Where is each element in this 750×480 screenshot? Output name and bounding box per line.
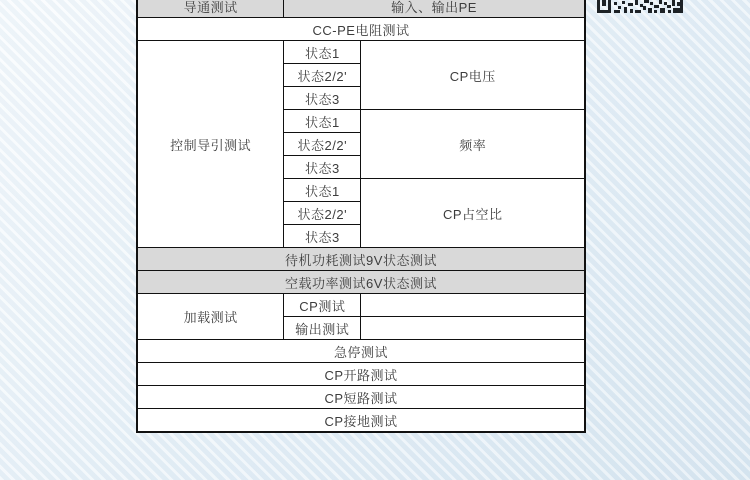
table-row: 控制导引测试 状态1 CP电压	[137, 41, 585, 64]
table-row: CP接地测试	[137, 409, 585, 433]
table-row: 空载功率测试6V状态测试	[137, 271, 585, 294]
cell-state: 状态3	[284, 225, 361, 248]
cell-ccpe-resistance-test: CC-PE电阻测试	[137, 18, 585, 41]
cell-state: 状态1	[284, 41, 361, 64]
test-spec-table: 导通测试 输入、输出PE CC-PE电阻测试 控制导引测试 状态1 CP电压 状…	[136, 0, 586, 433]
cell-load-test: 加载测试	[137, 294, 284, 340]
cell-cp-open-test: CP开路测试	[137, 363, 585, 386]
cell-control-pilot-test: 控制导引测试	[137, 41, 284, 248]
table-row: CP开路测试	[137, 363, 585, 386]
table-row: 待机功耗测试9V状态测试	[137, 248, 585, 271]
cell-state: 状态3	[284, 87, 361, 110]
table-row: 急停测试	[137, 340, 585, 363]
cell-cp-duty-cycle: CP占空比	[361, 179, 585, 248]
cell-input-output-pe: 输入、输出PE	[284, 0, 585, 18]
cell-standby-power-test: 待机功耗测试9V状态测试	[137, 248, 585, 271]
cell-frequency: 频率	[361, 110, 585, 179]
cell-state: 状态3	[284, 156, 361, 179]
cell-cp-ground-test: CP接地测试	[137, 409, 585, 433]
table-row: CC-PE电阻测试	[137, 18, 585, 41]
cell-state: 状态2/2'	[284, 133, 361, 156]
cell-state: 状态1	[284, 179, 361, 202]
cell-noload-power-test: 空载功率测试6V状态测试	[137, 271, 585, 294]
cell-cp-voltage: CP电压	[361, 41, 585, 110]
cell-conduction-test: 导通测试	[137, 0, 284, 18]
table-row: CP短路测试	[137, 386, 585, 409]
cell-output-test: 输出测试	[284, 317, 361, 340]
cell-cp-test: CP测试	[284, 294, 361, 317]
table-row: 导通测试 输入、输出PE	[137, 0, 585, 18]
qr-code-icon	[597, 0, 683, 14]
cell-state: 状态2/2'	[284, 202, 361, 225]
cell-estop-test: 急停测试	[137, 340, 585, 363]
table-row: 加载测试 CP测试	[137, 294, 585, 317]
cell-cp-short-test: CP短路测试	[137, 386, 585, 409]
cell-state: 状态1	[284, 110, 361, 133]
cell-empty	[361, 294, 585, 317]
cell-empty	[361, 317, 585, 340]
cell-state: 状态2/2'	[284, 64, 361, 87]
